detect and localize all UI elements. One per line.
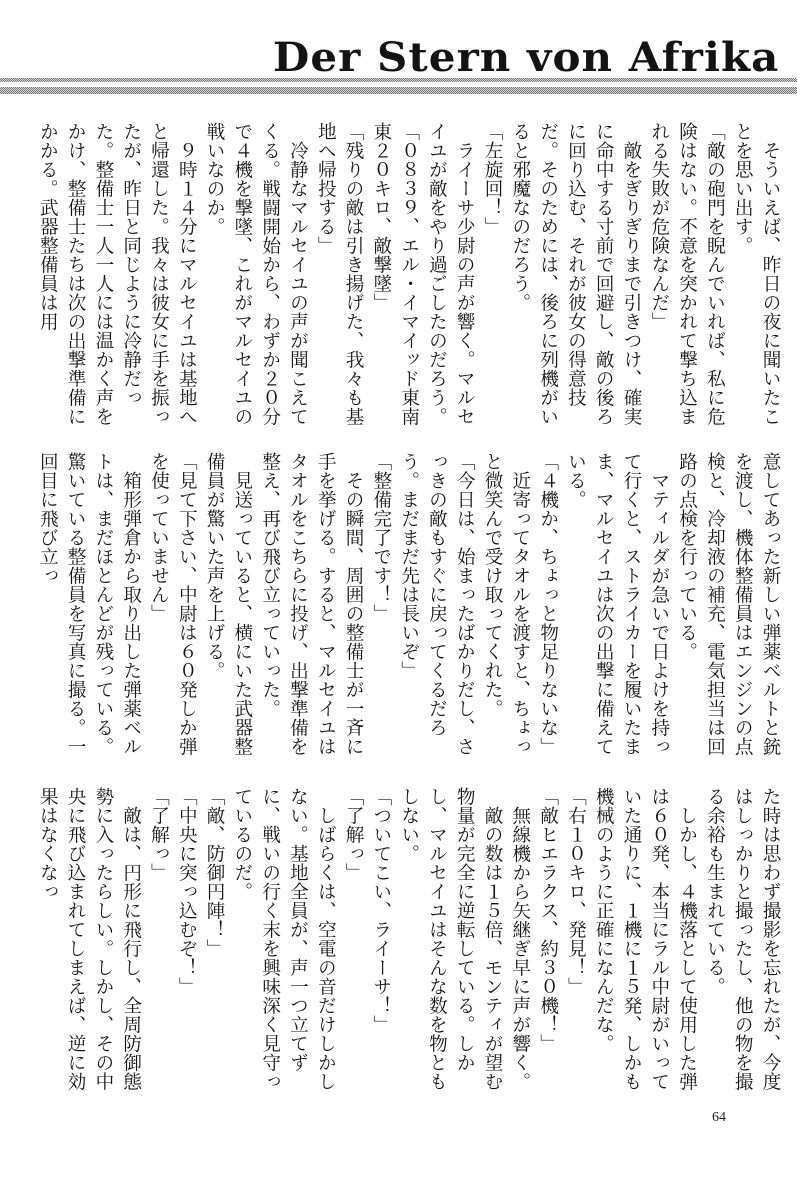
paragraph: 「右１０キロ、発見！」 [562, 787, 590, 1097]
paragraph: ９時１４分にマルセイユは基地へと帰還した。我々は彼女に手を振ったが、昨日と同じよ… [33, 122, 200, 432]
paragraph: そういえば、昨日の夜に聞いたことを思い出す。 [728, 122, 784, 432]
paragraph: 「了解っ」 [339, 787, 367, 1097]
paragraph: 箱形弾倉から取り出した弾薬ベルトは、まだほとんどが残っている。驚いている整備員を… [33, 452, 144, 762]
text-block-middle: 意してあった新しい弾薬ベルトと銃を渡し、機体整備員はエンジンの点検と、冷却液の補… [32, 452, 784, 762]
paragraph: 「敵の砲門を睨んでいれば、私に危険はない。不意を突かれて撃ち込まれる失敗が危険な… [645, 122, 728, 432]
paragraph: しかし、４機落として使用した弾は６０発、本当にラル中尉がいっていた通りに、１機に… [589, 787, 700, 1097]
paragraph: 「今日は、始まったばかりだし、さっきの敵もすぐに戻ってくるだろう。まだまだ先は長… [395, 452, 478, 762]
paragraph: 「整備完了です！」 [367, 452, 395, 762]
paragraph: 「４機か、ちょっと物足りないな」 [534, 452, 562, 762]
paragraph: 「見て下さい、中尉は６０発しか弾を使っていません」 [145, 452, 201, 762]
paragraph: ライーサ少尉の声が響く。マルセイユが敵をやり過ごしたのだろう。 [423, 122, 479, 432]
paragraph: 敵は、円形に飛行し、全周防御態勢に入ったらしい。しかし、その中央に飛び込まれてし… [33, 787, 144, 1097]
page-title: Der Stern von Afrika [264, 38, 779, 78]
paragraph: 「中央に突っ込むぞ！」 [172, 787, 200, 1097]
paragraph: 「敵、防御円陣！」 [200, 787, 228, 1097]
paragraph: 「左旋回！」 [478, 122, 506, 432]
paragraph: 意してあった新しい弾薬ベルトと銃を渡し、機体整備員はエンジンの点検と、冷却液の補… [673, 452, 784, 762]
text-block-bottom: た時は思わず撮影を忘れたが、今度はしっかりと撮ったし、他の物を撮る余裕も生まれて… [32, 787, 784, 1097]
paragraph: た時は思わず撮影を忘れたが、今度はしっかりと撮ったし、他の物を撮る余裕も生まれて… [701, 787, 784, 1097]
paragraph: 敵をぎりぎりまで引きつけ、確実に命中する寸前で回避し、敵の後ろに回り込む、それが… [506, 122, 645, 432]
paragraph: 「残りの敵は引き揚げた、我々も基地へ帰投する」 [311, 122, 367, 432]
paragraph: 近寄ってタオルを渡すと、ちょっと微笑んで受け取ってくれた。 [478, 452, 534, 762]
header-rule-thick [0, 87, 797, 94]
paragraph: しばらくは、空電の音だけしかしない。基地全員が、声一つ立てずに、戦いの行く末を興… [228, 787, 339, 1097]
paragraph: 「０８３９、エル・イマイッド東南東２０キロ、敵撃墜」 [367, 122, 423, 432]
paragraph: その瞬間、周囲の整備士が一斉に手を挙げる。すると、マルセイユはタオルをこちらに投… [256, 452, 367, 762]
paragraph: マティルダが急いで日よけを持って行くと、ストライカーを履いたまま、マルセイユは次… [562, 452, 673, 762]
paragraph: 「了解っ」 [145, 787, 173, 1097]
paragraph: 「敵ヒエラクス、約３０機！」 [534, 787, 562, 1097]
paragraph: 冷静なマルセイユの声が聞こえてくる。戦闘開始から、わずか２０分で４機を撃墜、これ… [200, 122, 311, 432]
paragraph: 「ついてこい、ライーサ！」 [367, 787, 395, 1097]
text-block-top: そういえば、昨日の夜に聞いたことを思い出す。 「敵の砲門を睨んでいれば、私に危険… [32, 122, 784, 432]
paragraph: 敵の数は１５倍、モンティが望む物量が完全に逆転している。しかし、マルセイユはそん… [395, 787, 506, 1097]
paragraph: 無線機から矢継ぎ早に声が響く。 [506, 787, 534, 1097]
page-number: 64 [712, 1110, 726, 1126]
paragraph: 見送っていると、横にいた武器整備員が驚いた声を上げる。 [200, 452, 256, 762]
